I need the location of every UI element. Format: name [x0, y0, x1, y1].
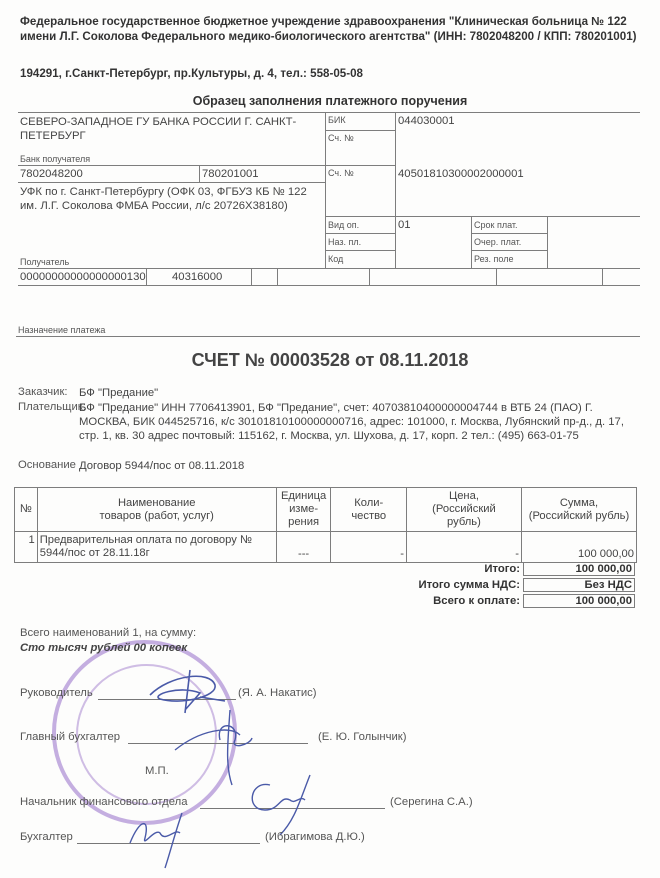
accountant-name: (Ибрагимова Д.Ю.) [265, 831, 365, 843]
op-type-value: 01 [398, 219, 411, 231]
recipient-kpp: 780201001 [202, 168, 259, 180]
items-table: № Наименованиетоваров (работ, услуг) Еди… [14, 487, 637, 563]
chief-accountant-name: (Е. Ю. Голынчик) [318, 731, 407, 743]
total-label: Итого: [484, 563, 520, 575]
bik-value: 044030001 [398, 115, 455, 127]
col-price-header: Цена,(Российскийрубль) [406, 488, 521, 532]
recipient-bank-name: СЕВЕРО-ЗАПАДНОЕ ГУ БАНКА РОССИИ Г. САНКТ… [20, 115, 320, 143]
finance-head-name: (Серегина С.А.) [390, 796, 473, 808]
col-name-header: Наименованиетоваров (работ, услуг) [37, 488, 276, 532]
director-name: (Я. А. Накатис) [238, 687, 317, 699]
finance-head-signature-icon [240, 770, 330, 840]
col-qty-header: Коли-чество [331, 488, 406, 532]
purpose-code-label: Наз. пл. [328, 237, 361, 247]
corr-account-label: Сч. № [328, 133, 354, 143]
row-unit: --- [276, 532, 331, 563]
payment-sample-title: Образец заполнения платежного поручения [0, 94, 660, 108]
term-label: Срок плат. [474, 220, 518, 230]
amount-in-words: Сто тысяч рублей 00 копеек [20, 642, 187, 654]
col-no-header: № [15, 488, 38, 532]
basis-value: Договор 5944/пос от 08.11.2018 [79, 459, 639, 473]
payer-label: Плательщик: [18, 401, 86, 413]
director-signature-icon [140, 665, 240, 715]
invoice-title: СЧЕТ № 00003528 от 08.11.2018 [0, 350, 660, 371]
amount-due-label: Всего к оплате: [433, 595, 520, 607]
row-qty: - [331, 532, 406, 563]
accountant-signature-icon [120, 808, 210, 873]
amount-due-value: 100 000,00 [523, 594, 635, 608]
basis-label: Основание [18, 459, 76, 471]
customer-value: БФ "Предание" [79, 386, 639, 400]
account-value: 40501810300002000001 [398, 168, 524, 180]
accountant-label: Бухгалтер [20, 831, 73, 843]
table-row: 1 Предварительная оплата по договору № 5… [15, 532, 637, 563]
vat-value: Без НДС [523, 578, 635, 592]
organization-address: 194291, г.Санкт-Петербург, пр.Культуры, … [20, 67, 363, 80]
recipient-bank-label: Банк получателя [20, 154, 90, 164]
director-label: Руководитель [20, 687, 93, 699]
kbk-value: 00000000000000000130 [20, 271, 146, 283]
row-name: Предварительная оплата по договору № 594… [37, 532, 276, 563]
chief-accountant-label: Главный бухгалтер [20, 731, 120, 743]
payment-purpose-label: Назначение платежа [18, 325, 105, 335]
organization-name: Федеральное государственное бюджетное уч… [20, 14, 645, 44]
items-count-line: Всего наименований 1, на сумму: [20, 627, 196, 639]
table-header-row: № Наименованиетоваров (работ, услуг) Еди… [15, 488, 637, 532]
col-unit-header: Единицаизме-рения [276, 488, 331, 532]
row-sum: 100 000,00 [521, 532, 636, 563]
priority-label: Очер. плат. [474, 237, 521, 247]
finance-head-label: Начальник финансового отдела [20, 796, 188, 808]
op-type-label: Вид оп. [328, 220, 359, 230]
oktmo-value: 40316000 [172, 271, 222, 283]
recipient-inn: 7802048200 [20, 168, 83, 180]
total-value: 100 000,00 [523, 562, 635, 576]
account-label: Сч. № [328, 168, 354, 178]
col-sum-header: Сумма,(Российский рубль) [521, 488, 636, 532]
row-no: 1 [15, 532, 38, 563]
row-price: - [406, 532, 521, 563]
stamp-place-mark: М.П. [145, 765, 169, 777]
bik-label: БИК [328, 115, 346, 125]
vat-label: Итого сумма НДС: [418, 579, 520, 591]
recipient-name: УФК по г. Санкт-Петербургу (ОФК 03, ФГБУ… [20, 185, 320, 213]
code-label: Код [328, 254, 343, 264]
reserve-label: Рез. поле [474, 254, 513, 264]
payer-value: БФ "Предание" ИНН 7706413901, БФ "Предан… [79, 401, 639, 443]
customer-label: Заказчик: [18, 386, 68, 398]
recipient-label: Получатель [20, 257, 69, 267]
